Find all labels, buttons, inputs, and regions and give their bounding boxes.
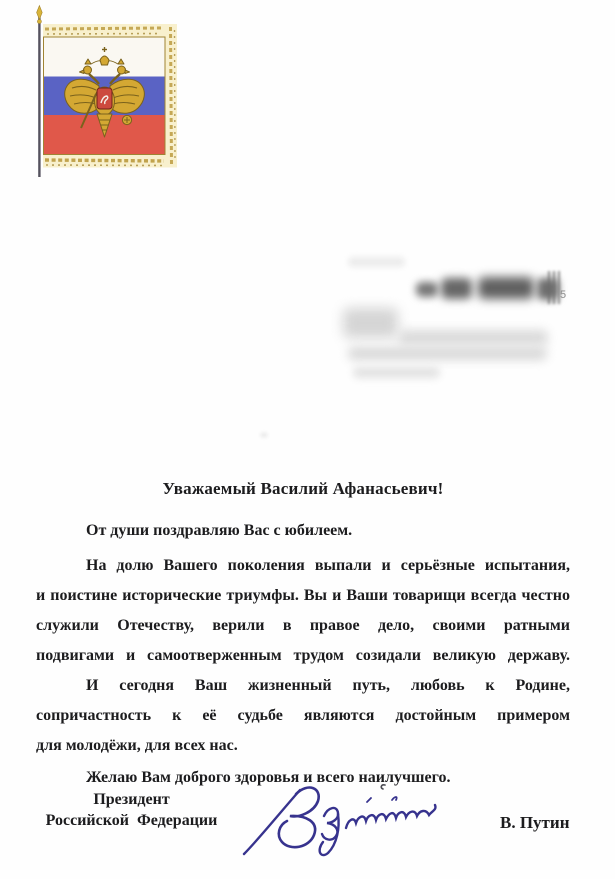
redaction-address-line — [398, 330, 548, 345]
page-marker: 5 — [560, 289, 566, 301]
letter-line: подвигами и самоотверженным трудом созид… — [36, 643, 570, 671]
letter-line: И сегодня Ваш жизненный путь, любовь к Р… — [36, 673, 570, 701]
flagpole — [38, 17, 40, 177]
flag-finial-icon — [37, 6, 43, 24]
scanned-letter-page: 5 Уважаемый Василий Афанасьевич! От души… — [0, 0, 615, 879]
presidential-standard-flag — [28, 4, 188, 179]
redaction-address-line — [348, 347, 547, 360]
signer-office-line: Президент — [44, 789, 219, 810]
redaction-address-line — [353, 367, 440, 378]
signer-office-title: Президент Российской Федерации — [44, 789, 219, 831]
letter-line: От души поздравляю Вас с юбилеем. — [36, 518, 570, 546]
redaction-name-blob — [478, 277, 534, 299]
letter-line: для молодёжи, для всех нас. — [36, 733, 570, 761]
redaction-name-blob — [441, 278, 472, 299]
letter-line: и поистине исторические триумфы. Вы и Ва… — [36, 583, 570, 611]
redaction-name-blob — [416, 282, 438, 297]
signer-office-line: Российской Федерации — [44, 810, 219, 831]
redaction-address-blob — [343, 308, 398, 338]
signatory-name: В. Путин — [500, 813, 580, 833]
putin-signature-autograph — [236, 778, 446, 858]
redaction-smudge — [348, 257, 405, 267]
letter-line: служили Отечеству, верили в правое дело,… — [36, 613, 570, 641]
letter-line: сопричастность к её судьбе являются дост… — [36, 703, 570, 731]
scan-artifact — [260, 432, 268, 438]
letter-line: На долю Вашего поколения выпали и серьёз… — [36, 553, 570, 581]
letter-salutation: Уважаемый Василий Афанасьевич! — [36, 476, 570, 504]
